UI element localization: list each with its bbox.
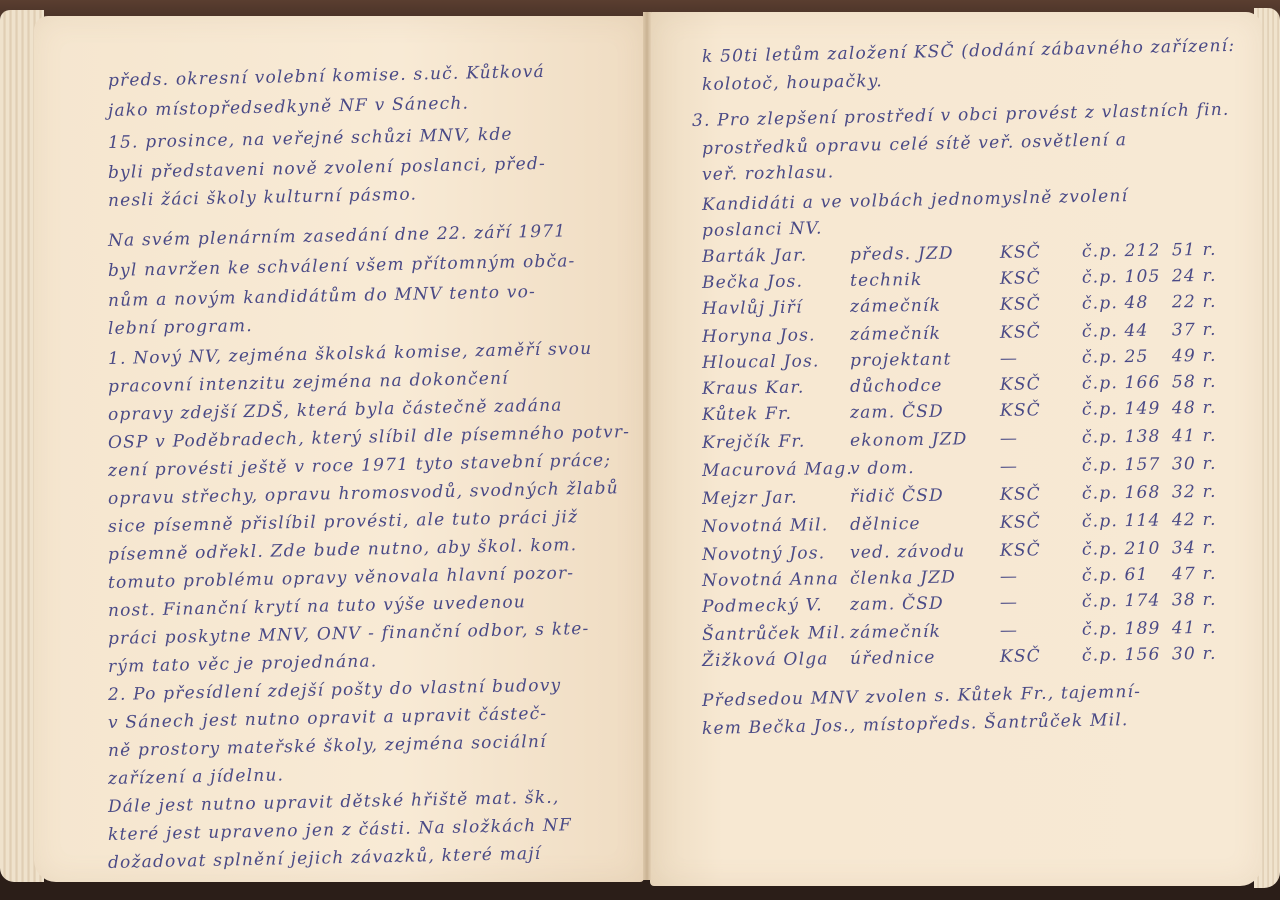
book-spine — [643, 12, 651, 880]
text-line: kolotoč, houpačky. — [702, 66, 884, 101]
open-notebook: předs. okresní volební komise. s.uč. Kůt… — [0, 0, 1280, 900]
text-line: lební program. — [108, 311, 254, 345]
text-line: veř. rozhlasu. — [702, 157, 835, 191]
text-line: nesli žáci školy kulturní pásmo. — [108, 180, 418, 217]
